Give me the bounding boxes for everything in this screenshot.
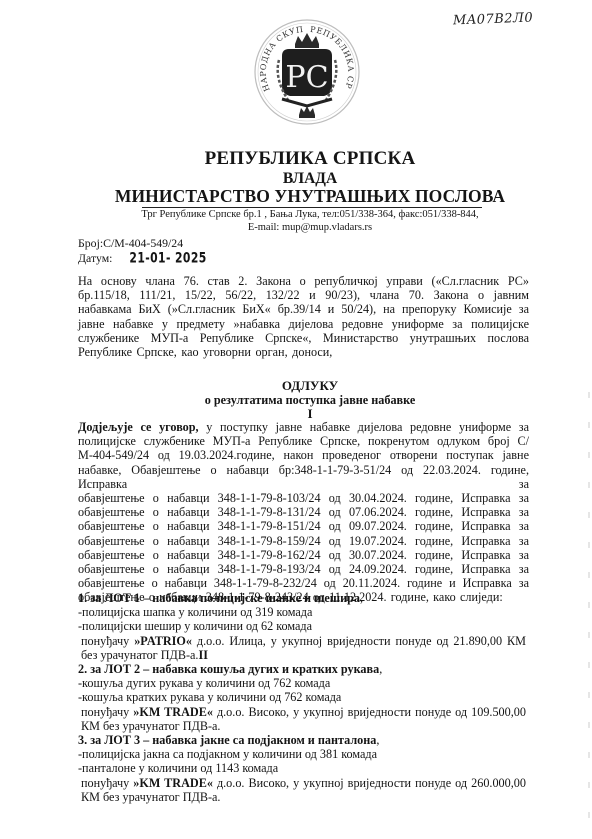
handwritten-reference-note: MA07B2Л0 [453, 11, 534, 29]
lot-title: 3. за ЛОТ 3 – набавка јакне са подјакном… [78, 733, 538, 747]
address-line: Трг Републике Српске бр.1 , Бања Лука, т… [100, 208, 520, 221]
correction-notice: обавјештење о набавци 348-1-1-79-8-159/2… [78, 534, 529, 548]
lot-item: -кошуља кратких рукава у количини од 762… [78, 690, 538, 704]
bidder-name: »PATRIO« [134, 634, 192, 648]
contract-lead-bold: Додјељује се уговор, [78, 420, 199, 434]
bidder-name: »KM TRADE« [133, 705, 213, 719]
lot-item: -полицијски шешир у количини од 62 комад… [78, 619, 538, 633]
number-value: С/М-404-549/24 [103, 236, 183, 250]
lot-title: 2. за ЛОТ 2 – набавка кошуља дугих и кра… [78, 662, 538, 676]
contract-award-paragraph: Додјељује се уговор, у поступку јавне на… [78, 420, 529, 605]
date-stamp: 21-01- 2025 [129, 250, 206, 266]
correction-notice: обавјештење о набавци 348-1-1-79-8-151/2… [78, 519, 529, 533]
document-number: Број:С/М-404-549/24 [78, 236, 183, 251]
lot-item: -полицијска шапка у количини од 319 кома… [78, 605, 538, 619]
document-date: Датум: 21-01- 2025 [78, 251, 207, 266]
seal-monogram: РС [285, 60, 328, 95]
lot-title: 1. за ЛОТ 1 – набавка полицијске шапке и… [78, 591, 538, 605]
lot-offer: понуђачу »KM TRADE« д.о.о. Високо, у уку… [78, 776, 526, 804]
lots-list: 1. за ЛОТ 1 – набавка полицијске шапке и… [78, 591, 538, 804]
scan-artifact [588, 380, 590, 839]
letterhead-address: Трг Републике Српске бр.1 , Бања Лука, т… [100, 208, 520, 234]
number-label: Број: [78, 236, 103, 250]
correction-notice: обавјештење о набавци 348-1-1-79-8-131/2… [78, 505, 529, 519]
lot-item: -полицијска јакна са подјакном у количин… [78, 747, 538, 761]
bidder-name: »KM TRADE« [133, 776, 213, 790]
section-marker: II [198, 648, 208, 662]
seal-emblem-icon: НАРОДНА СКУПШТИНА РЕПУБЛИКА СРПСКА РС [252, 16, 362, 126]
letterhead-republic: РЕПУБЛИКА СРПСКА [100, 148, 520, 170]
lot-3: 3. за ЛОТ 3 – набавка јакне са подјакном… [78, 733, 538, 804]
legal-basis-paragraph: На основу члана 76. став 2. Закона о реп… [78, 274, 529, 359]
email-line: E-mail: mup@mup.vladars.rs [100, 221, 520, 234]
letterhead-ministry: МИНИСТАРСТВО УНУТРАШЊИХ ПОСЛОВА [100, 186, 520, 207]
lot-offer: понуђачу »KM TRADE« д.о.о. Високо, у уку… [78, 705, 526, 733]
document-page: MA07B2Л0 НАРОДНА СКУПШТИНА РЕПУБЛИКА СРП… [0, 0, 592, 839]
lot-2: 2. за ЛОТ 2 – набавка кошуља дугих и кра… [78, 662, 538, 733]
date-label: Датум: [78, 251, 112, 265]
decision-title: ОДЛУКУ [150, 378, 470, 394]
contract-lead: Додјељује се уговор, у поступку јавне на… [78, 420, 529, 491]
lot-offer: понуђачу »PATRIO« д.о.о. Илица, у укупно… [78, 634, 526, 662]
correction-notice: обавјештење о набавци 348-1-1-79-8-162/2… [78, 548, 529, 562]
correction-notice: обавјештење о набавци 348-1-1-79-8-103/2… [78, 491, 529, 505]
correction-notice: обавјештење о набавци 348-1-1-79-8-193/2… [78, 562, 529, 576]
lot-1: 1. за ЛОТ 1 – набавка полицијске шапке и… [78, 591, 538, 662]
lot-item: -кошуља дугих рукава у количини од 762 к… [78, 676, 538, 690]
correction-notice: обавјештење о набавци 348-1-1-79-8-232/2… [78, 576, 529, 590]
lot-item: -панталоне у количини од 1143 комада [78, 761, 538, 775]
